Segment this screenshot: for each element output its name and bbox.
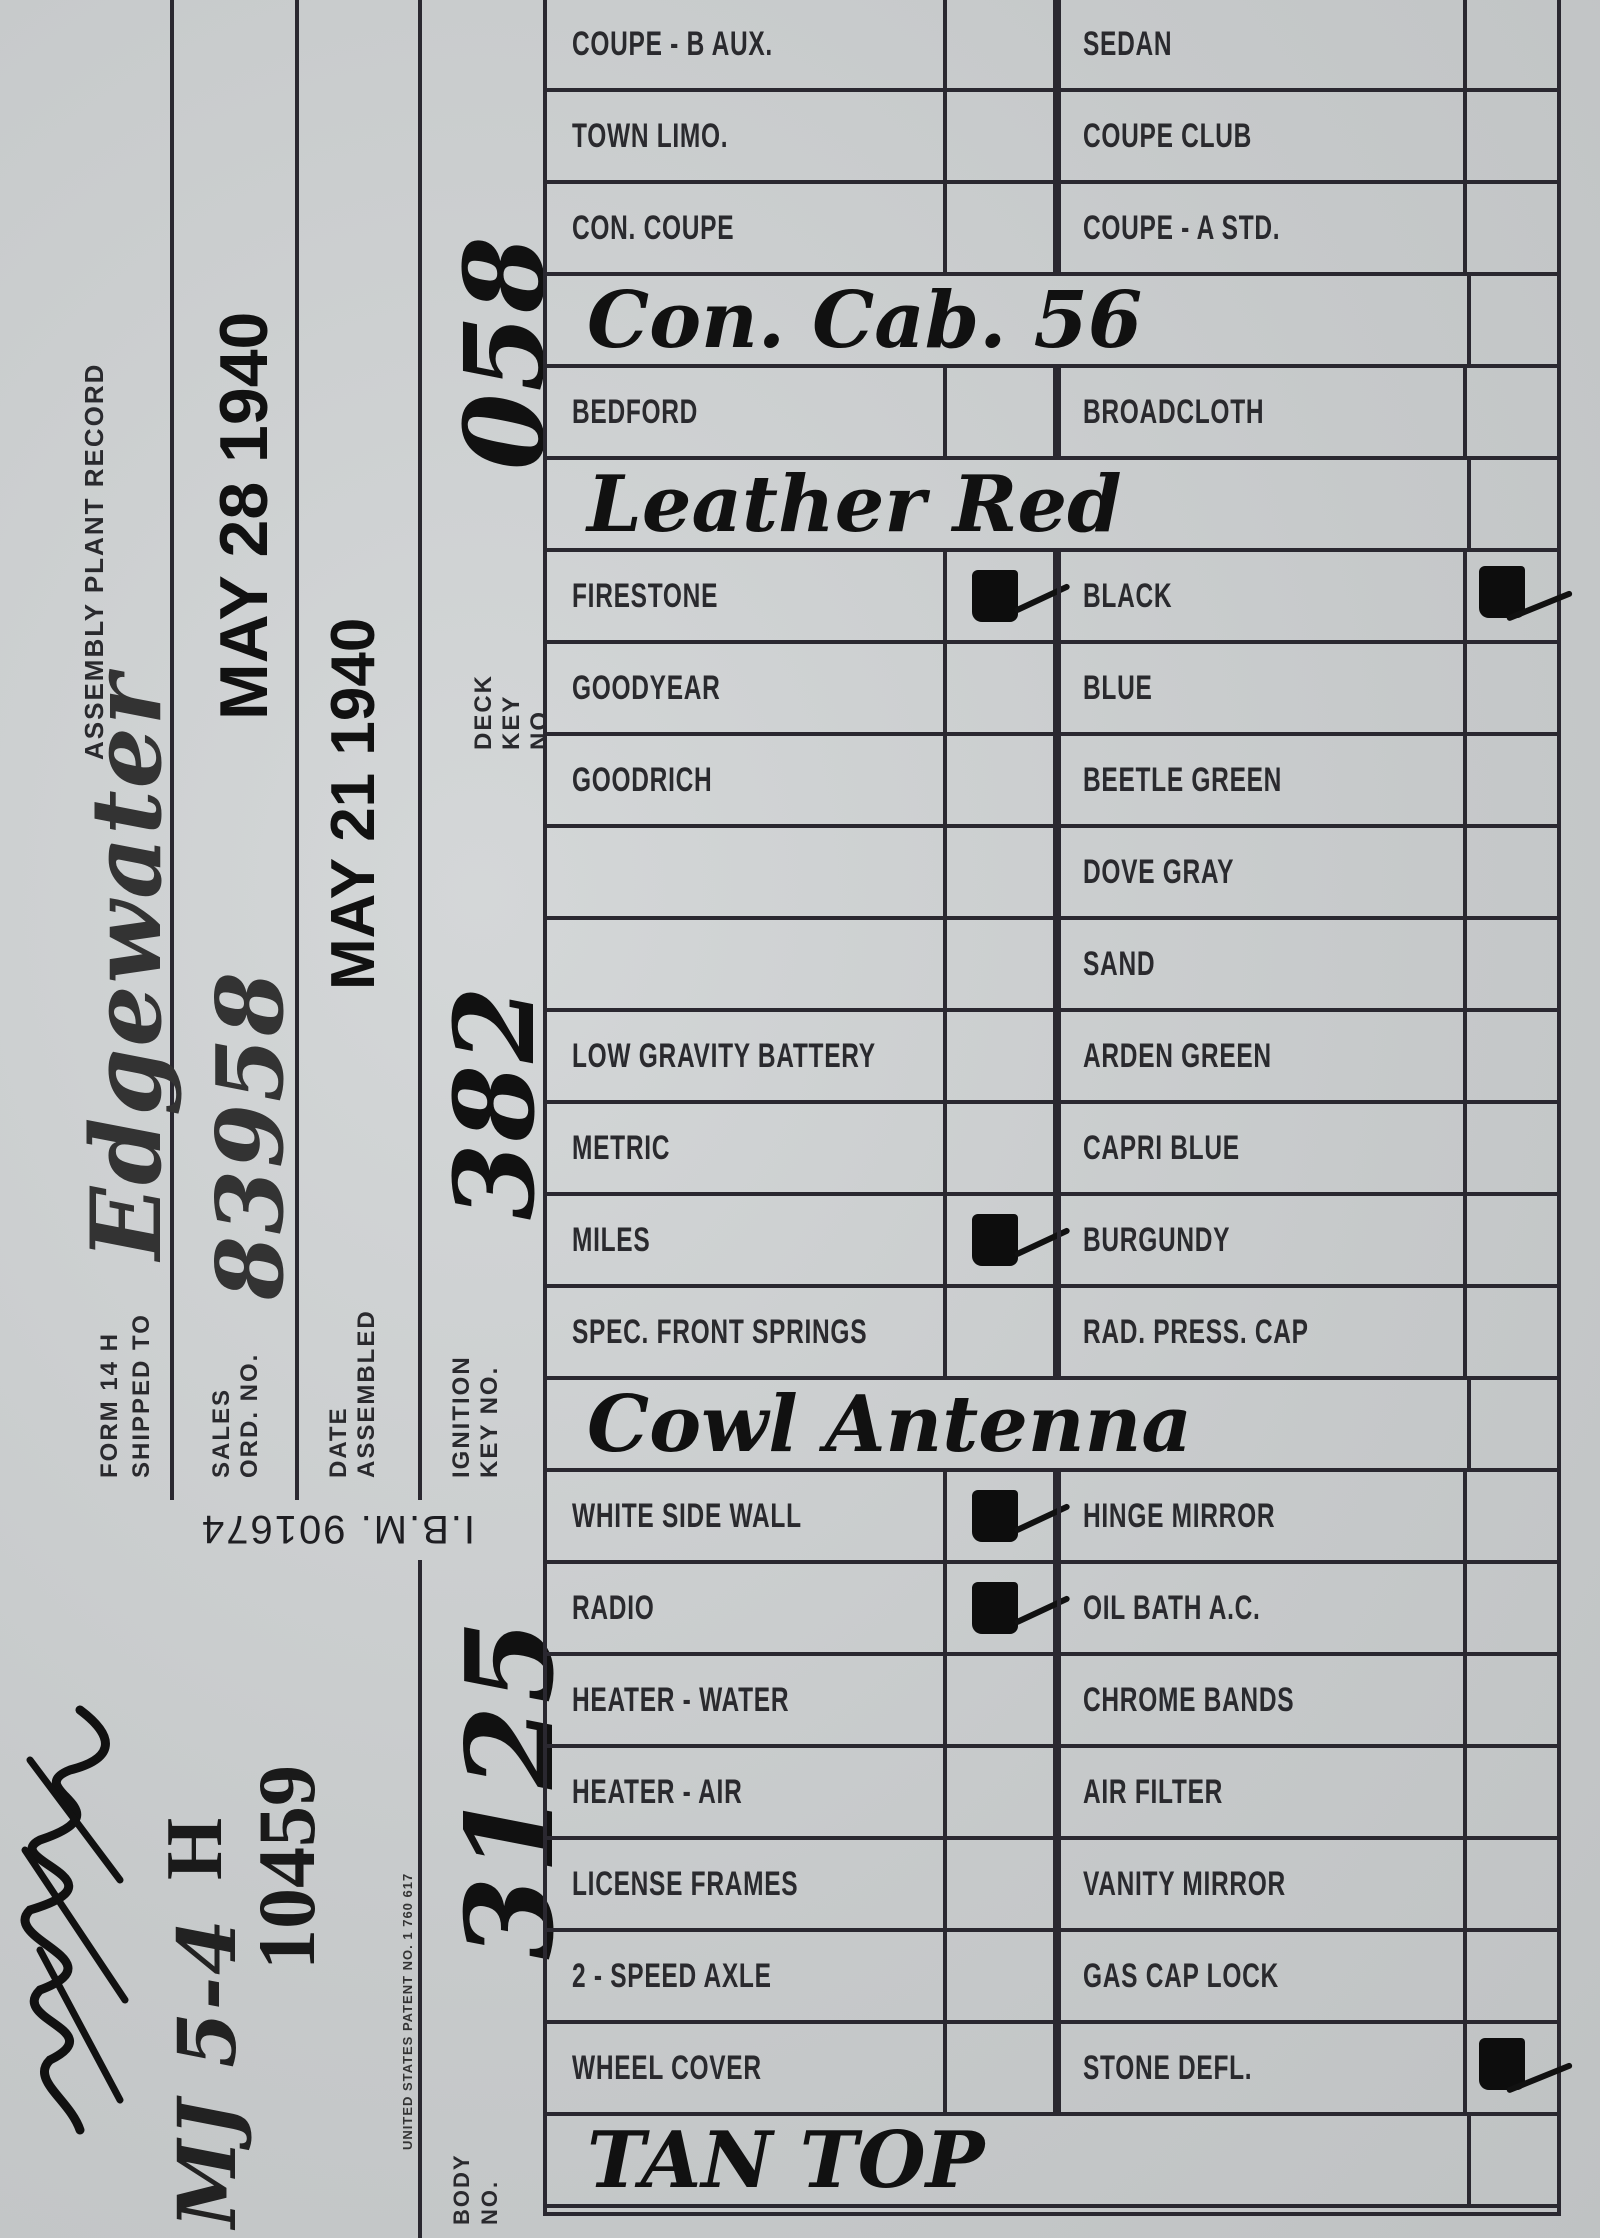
right-option-label: ARDEN GREEN (1083, 1037, 1272, 1076)
right-option-cell: VANITY MIRROR (1061, 1840, 1467, 1928)
left-checkbox[interactable] (947, 1748, 1057, 1836)
right-option-label: BLACK (1083, 577, 1172, 616)
right-option-label: OIL BATH A.C. (1083, 1589, 1261, 1628)
right-checkbox[interactable] (1467, 1472, 1553, 1560)
body-no-label: BODY NO. (448, 2145, 504, 2225)
right-option-cell: AIR FILTER (1061, 1748, 1467, 1836)
signature-scribble (10, 1700, 140, 2140)
left-option-cell: WHITE SIDE WALL (547, 1472, 947, 1560)
right-checkbox[interactable] (1467, 1288, 1553, 1376)
handwritten-note-row: Con. Cab. 56 (547, 276, 1557, 368)
left-option-cell (547, 828, 947, 916)
handwritten-note-row: Cowl Antenna (547, 1380, 1557, 1472)
left-checkbox[interactable] (947, 644, 1057, 732)
left-option-cell: 2 - SPEED AXLE (547, 1932, 947, 2020)
option-row: RADIOOIL BATH A.C. (547, 1564, 1557, 1656)
left-option-label: GOODRICH (572, 761, 712, 800)
option-row: LICENSE FRAMESVANITY MIRROR (547, 1840, 1557, 1932)
left-option-label: LICENSE FRAMES (572, 1865, 798, 1904)
right-option-label: BLUE (1083, 669, 1153, 708)
right-checkbox[interactable] (1467, 1196, 1553, 1284)
left-option-cell: LICENSE FRAMES (547, 1840, 947, 1928)
option-row: TOWN LIMO.COUPE CLUB (547, 92, 1557, 184)
margin-initials: MJ 5-4 (160, 1917, 254, 2228)
shipped-to-value: Edgewater (70, 673, 183, 1260)
right-checkbox[interactable] (1467, 184, 1553, 272)
check-column-rule (1467, 460, 1471, 548)
right-option-cell: STONE DEFL. (1061, 2024, 1467, 2112)
left-option-cell: METRIC (547, 1104, 947, 1192)
left-checkbox[interactable] (947, 1472, 1057, 1560)
left-checkbox[interactable] (947, 1840, 1057, 1928)
check-mark-icon (972, 1490, 1018, 1542)
check-mark-icon (972, 570, 1018, 622)
left-option-label: RADIO (572, 1589, 654, 1628)
right-option-cell: BEETLE GREEN (1061, 736, 1467, 824)
right-option-label: BROADCLOTH (1083, 393, 1264, 432)
check-mark-icon (972, 1582, 1018, 1634)
date-assembled-stamp-primary: MAY 28 1940 (205, 312, 283, 720)
option-row: METRICCAPRI BLUE (547, 1104, 1557, 1196)
left-option-cell: HEATER - WATER (547, 1656, 947, 1744)
right-option-label: BEETLE GREEN (1083, 761, 1282, 800)
date-assembled-stamp-secondary: MAY 21 1940 (318, 618, 389, 990)
right-checkbox[interactable] (1467, 1932, 1553, 2020)
rule-date-assembled (418, 0, 422, 1500)
handwritten-note: Con. Cab. 56 (587, 276, 1142, 364)
option-row: COUPE - B AUX.SEDAN (547, 0, 1557, 92)
handwritten-note-row: Leather Red (547, 460, 1557, 552)
right-checkbox[interactable] (1467, 828, 1553, 916)
left-option-cell: CON. COUPE (547, 184, 947, 272)
check-mark-icon (972, 1214, 1018, 1266)
left-option-label: COUPE - B AUX. (572, 25, 773, 64)
right-option-label: CAPRI BLUE (1083, 1129, 1240, 1168)
sales-order-label: SALES ORD. NO. (208, 1338, 264, 1478)
right-checkbox[interactable] (1467, 736, 1553, 824)
right-checkbox[interactable] (1467, 0, 1553, 88)
left-option-label: LOW GRAVITY BATTERY (572, 1037, 876, 1076)
left-checkbox[interactable] (947, 920, 1057, 1008)
right-checkbox[interactable] (1467, 1012, 1553, 1100)
left-option-cell: COUPE - B AUX. (547, 0, 947, 88)
left-checkbox[interactable] (947, 1012, 1057, 1100)
right-option-cell: OIL BATH A.C. (1061, 1564, 1467, 1652)
option-row: MILESBURGUNDY (547, 1196, 1557, 1288)
right-checkbox[interactable] (1467, 368, 1553, 456)
right-checkbox[interactable] (1467, 1840, 1553, 1928)
left-option-label: CON. COUPE (572, 209, 734, 248)
handwritten-note: TAN TOP (587, 2116, 984, 2204)
right-option-cell: SEDAN (1061, 0, 1467, 88)
option-row: HEATER - AIRAIR FILTER (547, 1748, 1557, 1840)
right-option-cell: BLUE (1061, 644, 1467, 732)
left-option-label: METRIC (572, 1129, 670, 1168)
handwritten-note-row: TAN TOP (547, 2116, 1557, 2208)
right-option-label: GAS CAP LOCK (1083, 1957, 1279, 1996)
check-column-rule (1467, 2116, 1471, 2204)
check-column-rule (1467, 1380, 1471, 1468)
rule-body-patent (418, 1560, 422, 2238)
right-option-label: DOVE GRAY (1083, 853, 1234, 892)
right-option-cell: COUPE - A STD. (1061, 184, 1467, 272)
left-option-label: HEATER - WATER (572, 1681, 789, 1720)
body-number-value: 10459 (240, 1765, 334, 1970)
left-checkbox[interactable] (947, 1656, 1057, 1744)
right-checkbox[interactable] (1467, 92, 1553, 180)
left-option-cell: SPEC. FRONT SPRINGS (547, 1288, 947, 1376)
right-option-cell: GAS CAP LOCK (1061, 1932, 1467, 2020)
option-row: WHEEL COVERSTONE DEFL. (547, 2024, 1557, 2116)
right-option-cell: COUPE CLUB (1061, 92, 1467, 180)
option-row: CON. COUPECOUPE - A STD. (547, 184, 1557, 276)
option-row: DOVE GRAY (547, 828, 1557, 920)
left-option-label: SPEC. FRONT SPRINGS (572, 1313, 867, 1352)
shipped-to-label: SHIPPED TO (128, 1313, 156, 1478)
handwritten-note: Leather Red (587, 460, 1122, 548)
right-option-label: RAD. PRESS. CAP (1083, 1313, 1309, 1352)
left-checkbox[interactable] (947, 1196, 1057, 1284)
right-checkbox[interactable] (1467, 1104, 1553, 1192)
left-option-label: WHEEL COVER (572, 2049, 762, 2088)
right-option-label: STONE DEFL. (1083, 2049, 1252, 2088)
left-option-cell: RADIO (547, 1564, 947, 1652)
right-checkbox[interactable] (1467, 552, 1553, 640)
right-option-label: BURGUNDY (1083, 1221, 1230, 1260)
left-checkbox[interactable] (947, 1564, 1057, 1652)
right-option-label: COUPE - A STD. (1083, 209, 1280, 248)
left-checkbox[interactable] (947, 92, 1057, 180)
option-row: 2 - SPEED AXLEGAS CAP LOCK (547, 1932, 1557, 2024)
right-option-label: CHROME BANDS (1083, 1681, 1294, 1720)
left-option-label: 2 - SPEED AXLE (572, 1957, 772, 1996)
assembly-plant-record-card: ASSEMBLY PLANT RECORD FORM 14 H SHIPPED … (0, 0, 1600, 2238)
right-option-cell: SAND (1061, 920, 1467, 1008)
left-option-cell: LOW GRAVITY BATTERY (547, 1012, 947, 1100)
body-number-prefix: H (150, 1816, 241, 1880)
option-row: FIRESTONEBLACK (547, 552, 1557, 644)
option-row: WHITE SIDE WALLHINGE MIRROR (547, 1472, 1557, 1564)
left-option-cell: FIRESTONE (547, 552, 947, 640)
left-checkbox[interactable] (947, 0, 1057, 88)
right-option-label: SAND (1083, 945, 1155, 984)
right-option-label: HINGE MIRROR (1083, 1497, 1275, 1536)
left-option-cell: GOODYEAR (547, 644, 947, 732)
option-row: GOODYEARBLUE (547, 644, 1557, 736)
option-row: HEATER - WATERCHROME BANDS (547, 1656, 1557, 1748)
left-checkbox[interactable] (947, 552, 1057, 640)
right-option-cell: HINGE MIRROR (1061, 1472, 1467, 1560)
left-option-cell: HEATER - AIR (547, 1748, 947, 1836)
right-checkbox[interactable] (1467, 644, 1553, 732)
options-grid: COUPE - B AUX.SEDANTOWN LIMO.COUPE CLUBC… (543, 0, 1561, 2216)
left-option-cell: MILES (547, 1196, 947, 1284)
check-column-rule (1467, 276, 1471, 364)
left-option-cell: TOWN LIMO. (547, 92, 947, 180)
patent-text: UNITED STATES PATENT NO. 1 760 617 (400, 1873, 415, 2150)
right-checkbox[interactable] (1467, 1748, 1553, 1836)
right-option-label: AIR FILTER (1083, 1773, 1223, 1812)
ignition-key-value: 382 (430, 984, 559, 1220)
left-option-cell: GOODRICH (547, 736, 947, 824)
right-checkbox[interactable] (1467, 1656, 1553, 1744)
right-option-cell: CAPRI BLUE (1061, 1104, 1467, 1192)
left-checkbox[interactable] (947, 2024, 1057, 2112)
left-option-cell: BEDFORD (547, 368, 947, 456)
left-option-label: GOODYEAR (572, 669, 721, 708)
right-option-label: VANITY MIRROR (1083, 1865, 1286, 1904)
left-option-label: WHITE SIDE WALL (572, 1497, 802, 1536)
option-row: BEDFORDBROADCLOTH (547, 368, 1557, 460)
right-option-cell: ARDEN GREEN (1061, 1012, 1467, 1100)
left-option-label: BEDFORD (572, 393, 698, 432)
right-checkbox[interactable] (1467, 920, 1553, 1008)
right-option-label: COUPE CLUB (1083, 117, 1252, 156)
right-checkbox[interactable] (1467, 2024, 1553, 2112)
deck-key-label: DECK KEY NO. (470, 640, 554, 750)
left-checkbox[interactable] (947, 1288, 1057, 1376)
right-option-cell: BLACK (1061, 552, 1467, 640)
left-option-label: TOWN LIMO. (572, 117, 728, 156)
option-row: SPEC. FRONT SPRINGSRAD. PRESS. CAP (547, 1288, 1557, 1380)
ibm-code: I.B.M. 901674 (200, 1506, 475, 1551)
left-option-label: FIRESTONE (572, 577, 718, 616)
left-checkbox[interactable] (947, 736, 1057, 824)
option-row: LOW GRAVITY BATTERYARDEN GREEN (547, 1012, 1557, 1104)
right-option-cell: BROADCLOTH (1061, 368, 1467, 456)
handwritten-note: Cowl Antenna (587, 1380, 1192, 1468)
ignition-key-label: IGNITION KEY NO. (448, 1348, 504, 1478)
option-row: SAND (547, 920, 1557, 1012)
form-id-label: FORM 14 H (96, 1332, 124, 1478)
left-checkbox[interactable] (947, 1104, 1057, 1192)
left-checkbox[interactable] (947, 828, 1057, 916)
left-checkbox[interactable] (947, 368, 1057, 456)
right-option-cell: RAD. PRESS. CAP (1061, 1288, 1467, 1376)
left-option-cell (547, 920, 947, 1008)
right-checkbox[interactable] (1467, 1564, 1553, 1652)
sales-order-value: 83958 (196, 970, 304, 1300)
option-row: GOODRICHBEETLE GREEN (547, 736, 1557, 828)
right-option-cell: DOVE GRAY (1061, 828, 1467, 916)
right-option-cell: BURGUNDY (1061, 1196, 1467, 1284)
left-option-cell: WHEEL COVER (547, 2024, 947, 2112)
left-option-label: MILES (572, 1221, 650, 1260)
left-checkbox[interactable] (947, 184, 1057, 272)
right-option-cell: CHROME BANDS (1061, 1656, 1467, 1744)
left-checkbox[interactable] (947, 1932, 1057, 2020)
right-option-label: SEDAN (1083, 25, 1172, 64)
left-option-label: HEATER - AIR (572, 1773, 742, 1812)
date-assembled-label: DATE ASSEMBLED (325, 1318, 381, 1478)
